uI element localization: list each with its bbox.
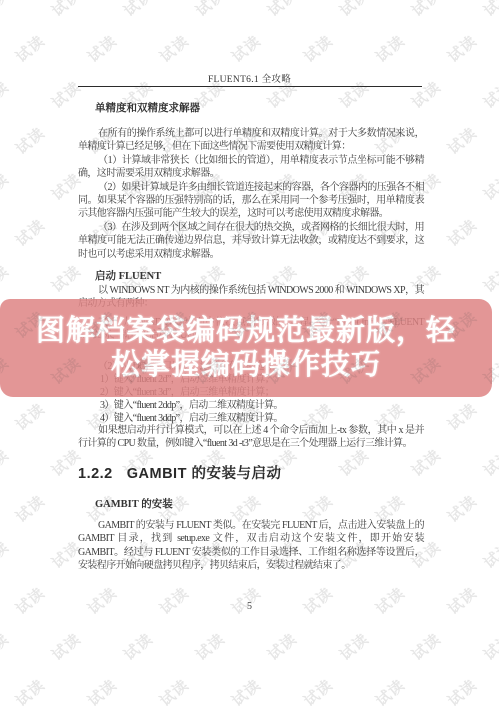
watermark-text: 试读 [155, 30, 193, 67]
ad-banner-text-line2: 松掌握编码操作技巧 [111, 348, 381, 382]
document-page: FLUENT6.1 全攻略 单精度和双精度求解器 在所有的操作系统上都可以进行单… [0, 0, 499, 706]
header-divider [78, 86, 422, 87]
paragraph-intro: 在所有的操作系统上都可以进行单精度和双精度计算。对于大多数情况来说，单精度计算已… [78, 127, 424, 154]
heading-gambit-install: GAMBIT 的安装 [95, 496, 173, 511]
watermark-text: 试读 [479, 628, 499, 665]
watermark-text: 试读 [479, 0, 499, 21]
watermark-text: 试读 [155, 674, 193, 706]
watermark-text: 试读 [11, 674, 49, 706]
watermark-text: 试读 [0, 0, 13, 21]
list-item-3: （3）在涉及到两个区域之间存在很大的热交换，或者网格的长细比很大时，用单精度可能… [78, 221, 424, 261]
watermark-text: 试读 [227, 30, 265, 67]
watermark-text: 试读 [263, 628, 301, 665]
watermark-text: 试读 [443, 214, 481, 251]
paragraph-gambit-install: GAMBIT 的安装与 FLUENT 类似。在安装完 FLUENT 后，点击进入… [78, 519, 424, 573]
watermark-text: 试读 [479, 536, 499, 573]
watermark-text: 试读 [479, 444, 499, 481]
watermark-text: 试读 [0, 168, 13, 205]
watermark-text: 试读 [11, 214, 49, 251]
watermark-text: 试读 [443, 30, 481, 67]
watermark-text: 试读 [119, 0, 157, 21]
command-line-3: 3）键入“fluent 2ddp”，启动二维双精度计算。 [78, 399, 424, 412]
watermark-text: 试读 [191, 0, 229, 21]
watermark-text: 试读 [407, 628, 445, 665]
watermark-text: 试读 [0, 628, 13, 665]
watermark-text: 试读 [299, 674, 337, 706]
watermark-text: 试读 [0, 536, 13, 573]
heading-launch-fluent: 启动 FLUENT [95, 268, 161, 283]
watermark-text: 试读 [479, 260, 499, 297]
heading-precision-solvers: 单精度和双精度求解器 [95, 100, 200, 115]
watermark-text: 试读 [371, 30, 409, 67]
watermark-text: 试读 [83, 674, 121, 706]
watermark-text: 试读 [0, 444, 13, 481]
running-header-title: FLUENT6.1 全攻略 [0, 71, 499, 85]
section-heading-gambit: 1.2.2GAMBIT 的安装与启动 [78, 462, 281, 483]
watermark-text: 试读 [443, 490, 481, 527]
paragraph-group-precision: 在所有的操作系统上都可以进行单精度和双精度计算。对于大多数情况来说，单精度计算已… [78, 127, 424, 261]
watermark-text: 试读 [119, 628, 157, 665]
section-number: 1.2.2 [78, 466, 113, 482]
ad-banner-text-line1: 图解档案袋编码规范最新版，轻 [36, 314, 456, 348]
watermark-text: 试读 [479, 168, 499, 205]
watermark-text: 试读 [11, 490, 49, 527]
paragraph-parallel: 如果想启动并行计算模式，可以在上述 4 个命令后面加上-tx 参数，其中 x 是… [78, 424, 424, 451]
watermark-text: 试读 [47, 0, 85, 21]
watermark-text: 试读 [227, 674, 265, 706]
page-number: 5 [0, 601, 499, 612]
list-item-1: （1）计算域非常狭长（比如细长的管道），用单精度表示节点坐标可能不够精确，这时需… [78, 154, 424, 181]
watermark-text: 试读 [47, 628, 85, 665]
section-title: GAMBIT 的安装与启动 [127, 466, 282, 482]
list-item-2: （2）如果计算域是许多由细长管道连接起来的容器，各个容器内的压强各不相同。如果某… [78, 181, 424, 221]
watermark-text: 试读 [11, 122, 49, 159]
ad-banner-overlay[interactable]: 图解档案袋编码规范最新版，轻 松掌握编码操作技巧 [0, 299, 492, 397]
watermark-text: 试读 [407, 0, 445, 21]
watermark-text: 试读 [11, 30, 49, 67]
watermark-text: 试读 [263, 0, 301, 21]
watermark-text: 试读 [299, 30, 337, 67]
watermark-text: 试读 [335, 0, 373, 21]
watermark-text: 试读 [0, 260, 13, 297]
watermark-text: 试读 [335, 628, 373, 665]
watermark-text: 试读 [371, 674, 409, 706]
watermark-text: 试读 [191, 628, 229, 665]
watermark-text: 试读 [443, 122, 481, 159]
watermark-text: 试读 [11, 398, 49, 435]
watermark-text: 试读 [443, 674, 481, 706]
watermark-text: 试读 [443, 398, 481, 435]
watermark-text: 试读 [83, 30, 121, 67]
